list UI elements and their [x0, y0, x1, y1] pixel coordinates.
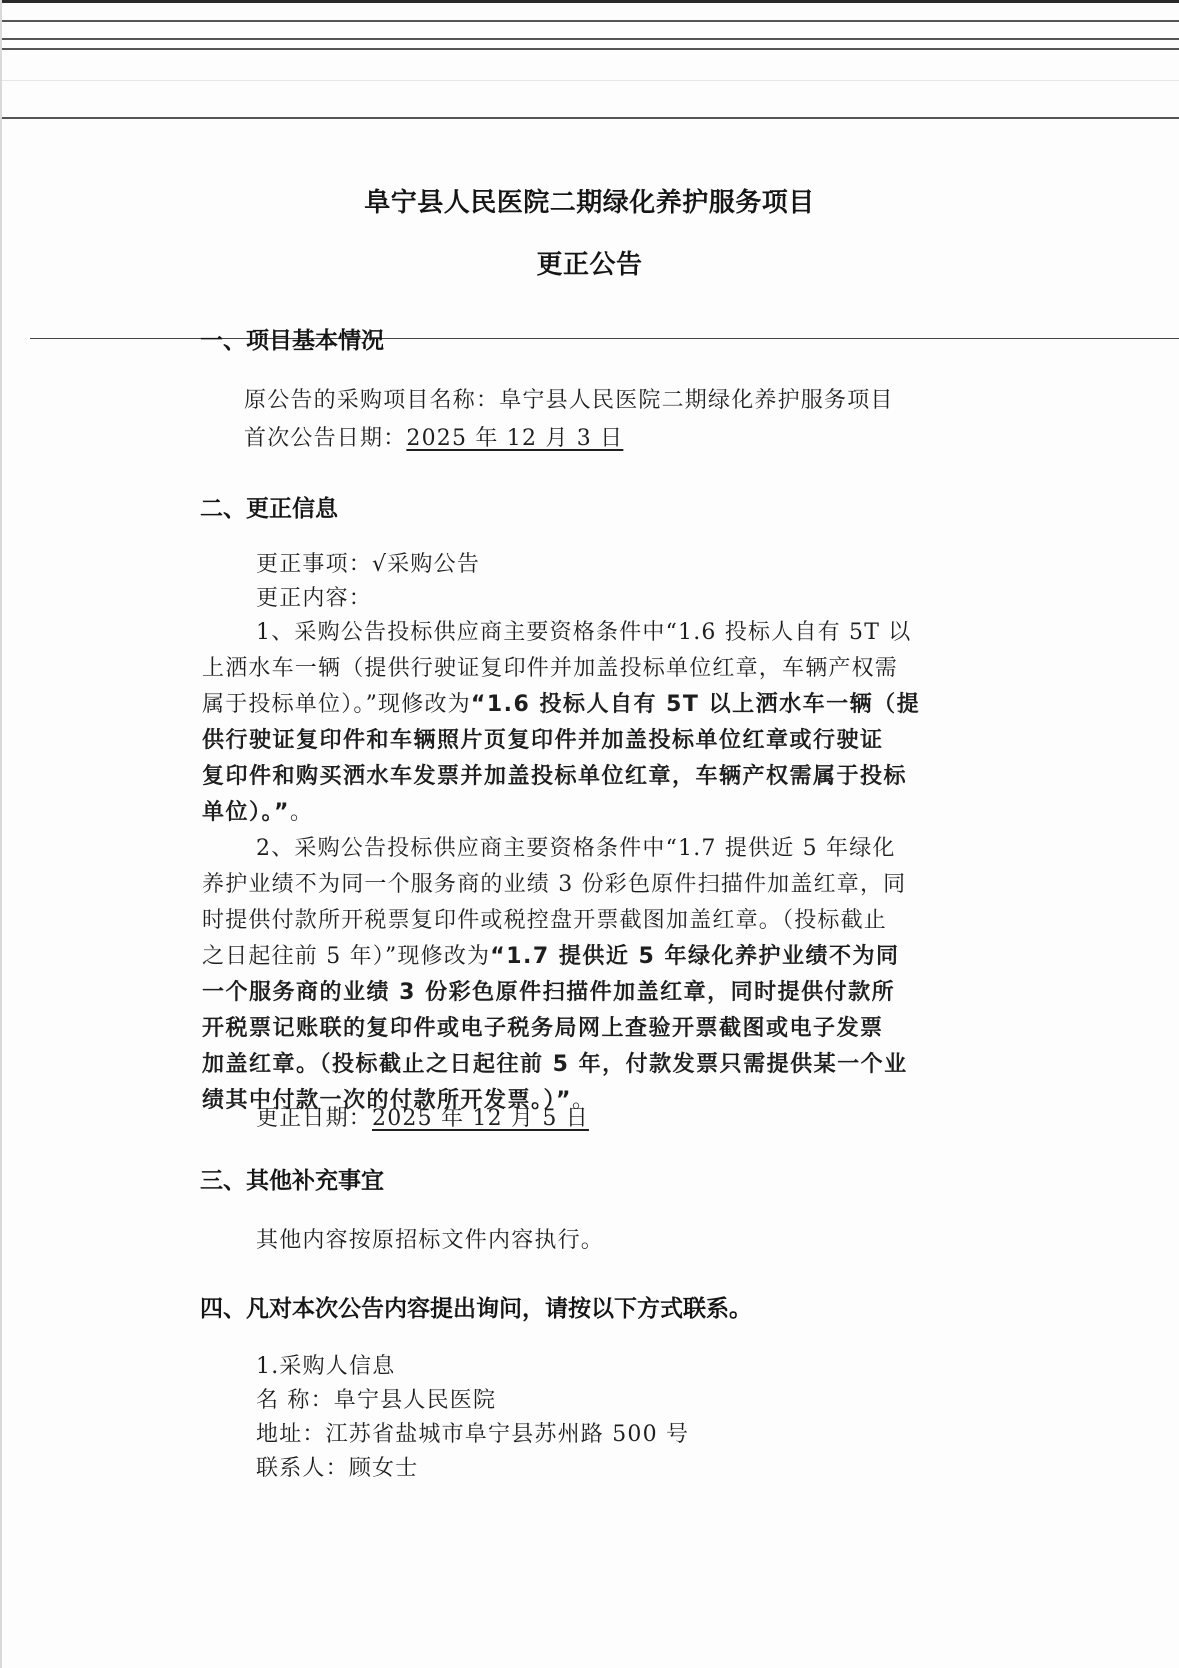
purchaser-address: 江苏省盐城市阜宁县苏州路 500 号	[326, 1422, 690, 1447]
project-name-value: 阜宁县人民医院二期绿化养护服务项目	[499, 388, 893, 413]
c2-original-end: 之日起往前 5 年）”现修改为	[202, 944, 490, 969]
section-2-heading: 二、更正信息	[200, 490, 338, 523]
correction-item-label: 更正事项：	[256, 552, 372, 577]
correction-date-value: 2025 年 12 月 5 日	[372, 1106, 589, 1131]
scan-edge-top	[0, 0, 1179, 3]
section-1-heading: 一、项目基本情况	[200, 322, 384, 355]
section-4-heading: 四、凡对本次公告内容提出询问，请按以下方式联系。	[200, 1290, 752, 1323]
purchaser-address-line: 地址：江苏省盐城市阜宁县苏州路 500 号	[256, 1418, 1036, 1452]
header-rule-faint	[2, 80, 1179, 81]
c1-line-1: 1、采购公告投标供应商主要资格条件中“1.6 投标人自有 5T 以	[256, 616, 1036, 650]
c1-original-end: 属于投标单位）。”现修改为	[202, 692, 471, 717]
c1-line-6: 单位）。”。	[202, 796, 982, 830]
c2-line-4: 之日起往前 5 年）”现修改为“1.7 提供近 5 年绿化养护业绩不为同	[202, 940, 982, 974]
first-date-line: 首次公告日期：2025 年 12 月 3 日	[244, 422, 1024, 456]
c2-line-3: 时提供付款所开税票复印件或税控盘开票截图加盖红章。（投标截止	[202, 904, 982, 938]
first-date-value: 2025 年 12 月 3 日	[406, 426, 623, 451]
header-rule-4	[2, 117, 1179, 119]
correction-content-label: 更正内容：	[256, 582, 1036, 616]
c2-line-5: 一个服务商的业绩 3 份彩色原件扫描件加盖红章，同时提供付款所	[202, 976, 982, 1010]
c2-revised-start: “1.7 提供近 5 年绿化养护业绩不为同	[490, 944, 899, 969]
c1-revised-start: “1.6 投标人自有 5T 以上洒水车一辆（提	[471, 692, 920, 717]
c1-revised-end: 单位）。”	[202, 800, 290, 825]
c1-line-4: 供行驶证复印件和车辆照片页复印件并加盖投标单位红章或行驶证	[202, 724, 982, 758]
c2-line-7: 加盖红章。（投标截止之日起往前 5 年，付款发票只需提供某一个业	[202, 1048, 982, 1082]
correction-item-value: √采购公告	[372, 552, 480, 577]
section-3-heading: 三、其他补充事宜	[200, 1162, 384, 1195]
c2-line-6: 开税票记账联的复印件或电子税务局网上查验开票截图或电子发票	[202, 1012, 982, 1046]
header-rule-2	[2, 38, 1179, 40]
correction-item-line: 更正事项：√采购公告	[256, 548, 1036, 582]
project-name-line: 原公告的采购项目名称：阜宁县人民医院二期绿化养护服务项目	[244, 384, 1024, 418]
first-date-label: 首次公告日期：	[244, 426, 406, 451]
c1-period: 。	[290, 800, 313, 825]
c1-line-2: 上洒水车一辆（提供行驶证复印件并加盖投标单位红章，车辆产权需	[202, 652, 982, 686]
purchaser-name: 阜宁县人民医院	[334, 1388, 496, 1413]
purchaser-name-label: 名 称：	[256, 1388, 334, 1413]
correction-date: 更正日期：2025 年 12 月 5 日	[256, 1102, 1036, 1136]
purchaser-name-line: 名 称：阜宁县人民医院	[256, 1384, 1036, 1418]
document-title: 阜宁县人民医院二期绿化养护服务项目	[0, 182, 1179, 219]
purchaser-contact: 顾女士	[349, 1456, 419, 1481]
c1-line-5: 复印件和购买洒水车发票并加盖投标单位红章，车辆产权需属于投标	[202, 760, 982, 794]
document-subtitle: 更正公告	[0, 244, 1179, 281]
purchaser-contact-line: 联系人：顾女士	[256, 1452, 1036, 1486]
header-rule-1	[2, 20, 1179, 22]
purchaser-info-heading: 1.采购人信息	[256, 1350, 1036, 1384]
c2-line-2: 养护业绩不为同一个服务商的业绩 3 份彩色原件扫描件加盖红章，同	[202, 868, 982, 902]
c1-line-3: 属于投标单位）。”现修改为“1.6 投标人自有 5T 以上洒水车一辆（提	[202, 688, 982, 722]
purchaser-contact-label: 联系人：	[256, 1456, 349, 1481]
header-rule-3	[2, 48, 1179, 50]
purchaser-address-label: 地址：	[256, 1422, 326, 1447]
correction-date-label: 更正日期：	[256, 1106, 372, 1131]
section-3-text: 其他内容按原招标文件内容执行。	[256, 1224, 1036, 1258]
c2-line-1: 2、采购公告投标供应商主要资格条件中“1.7 提供近 5 年绿化	[256, 832, 1036, 866]
project-name-label: 原公告的采购项目名称：	[244, 388, 499, 413]
